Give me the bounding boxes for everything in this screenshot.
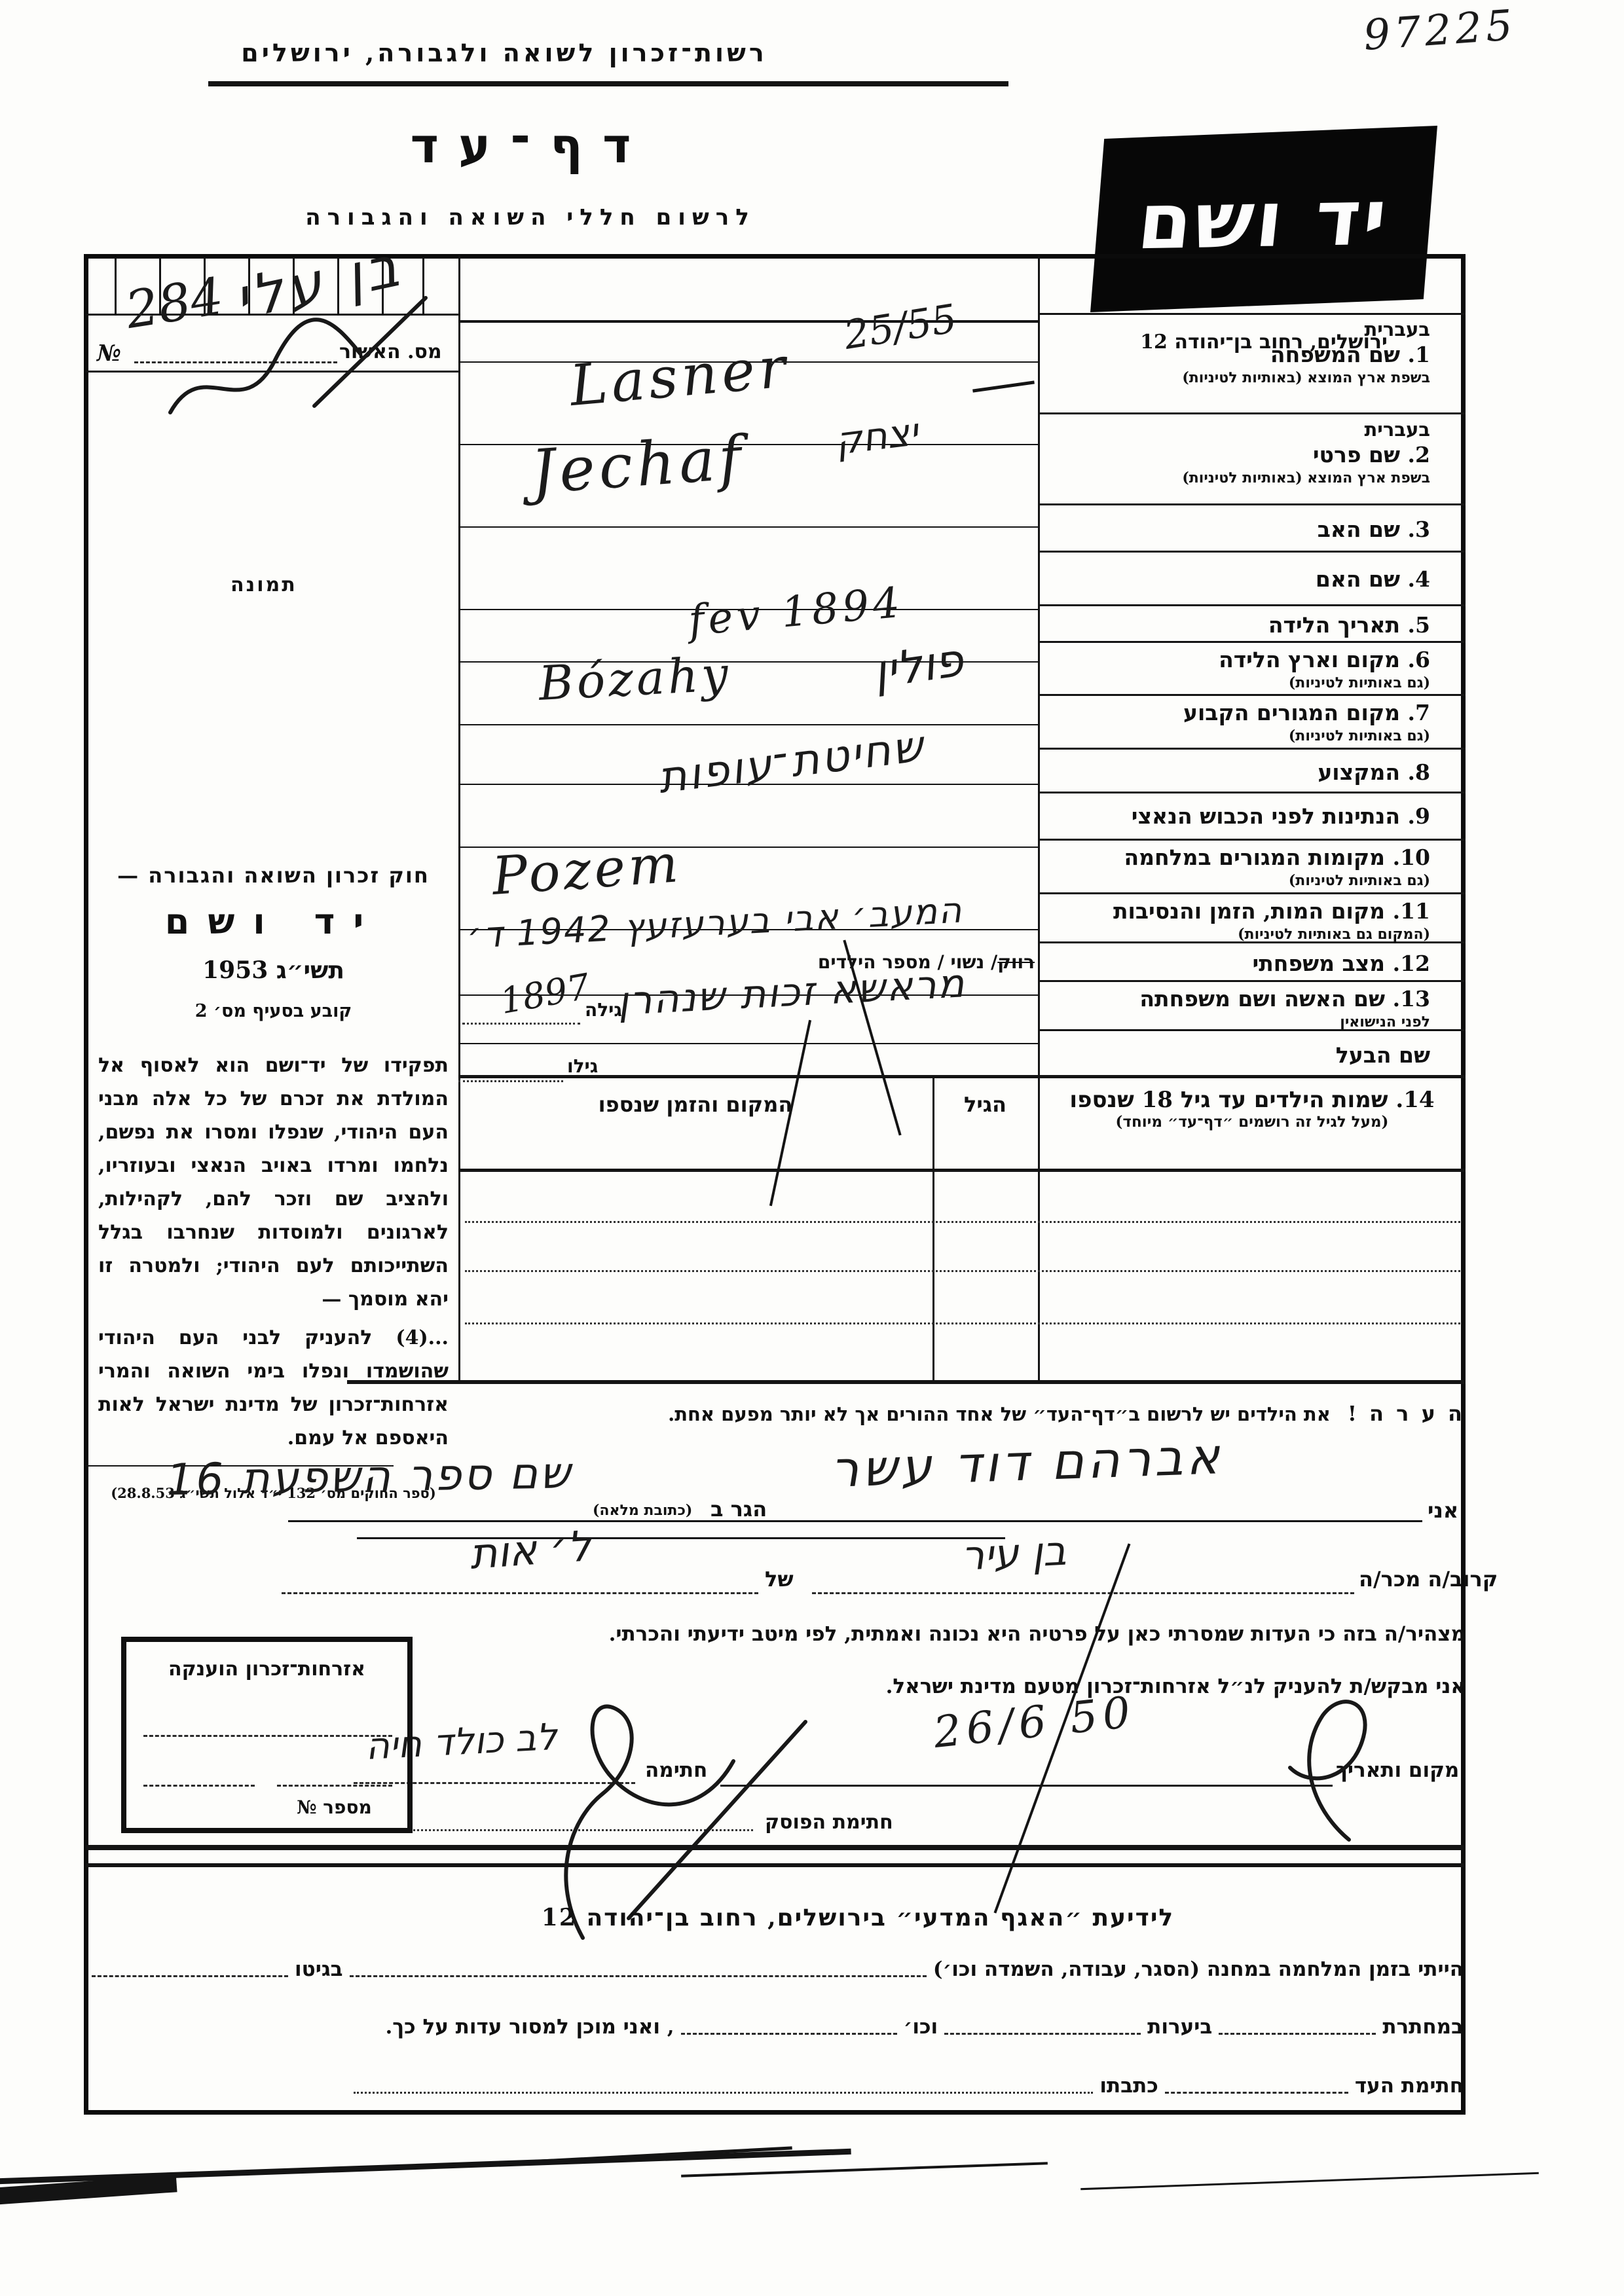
field-8-num: 8. [1408,759,1430,785]
approval-flourish [164,282,439,432]
table-row-line [465,1221,1460,1223]
field-row-husband: שם הבעל [1040,1031,1466,1075]
field-row-12: 12. מצב משפחתי [1040,943,1466,982]
decl-i-label: אני [1428,1498,1458,1523]
scanned-testimony-form: 97225 רשות־זכרון לשואה ולגבורה, ירושלים … [0,0,1624,2296]
table-vline-names [1038,1076,1040,1381]
ghetto-blank [92,1974,288,1977]
camps-row: הייתי בזמן המלחמה במחנה (הסגר, עבודה, הש… [92,1958,1464,1981]
relative-handwriting: בן עיר [960,1527,1067,1580]
decl-address-handwriting: שם ספר השפעת 16 [166,1448,573,1505]
law-year: תשי״ג 1953 [98,957,449,984]
logo-text: יד ושם [1134,172,1394,266]
stamp-line-2a [143,1785,255,1787]
law-heading: חוק זכרון השואה והגבורה — [98,863,449,888]
field-2-sub: בשפת ארץ המוצא (באותיות לטיניות) [1045,469,1430,487]
ghetto-label: בגיטו [295,1958,343,1981]
table-header-line [458,1169,1466,1172]
header-underline [208,81,1008,86]
decl-relative-label: קרוב/ה מכר/ה [1359,1567,1498,1592]
field-husband-label: שם הבעל [1336,1042,1430,1068]
his-age-label: גילו [567,1055,598,1077]
authority-line: רשות־זכרון לשואה ולגבורה, ירושלים [210,38,799,67]
field-row-10: 10. מקומות המגורים במלחמה (גם באותיות לט… [1040,841,1466,894]
field-13-sub: לפני הנישואין [1045,1013,1430,1031]
witness-address-label: כתבתו [1099,2074,1158,2098]
double-rule-2 [86,1863,1464,1867]
field-1-label: שם המשפחה [1270,342,1400,367]
field-11-num: 11. [1393,898,1430,924]
note-label: ה ע ר ה ! [1348,1401,1465,1426]
table-col-names-num: 14. [1395,1087,1434,1113]
field-3-num: 3. [1408,517,1430,542]
field-11-label: מקום המות, הזמן והנסיבות [1113,898,1385,924]
camps-blank [350,1974,927,1977]
decl-resides-sub: (כתובת מלאה) [593,1502,692,1519]
serial-handwritten: 97225 [1362,1,1518,60]
table-col-names-sub: (מעל לגיל זה רושמים ״דף־עד״ מיוחד) [1043,1113,1462,1131]
field-2-num: 2. [1408,442,1430,467]
field-row-7: 7. מקום המגורים הקבוע (גם באותיות לטיניו… [1040,696,1466,750]
scan-streak [1080,2172,1539,2190]
stamp-line-1 [143,1735,392,1737]
hw-birthplace: Bózahy [538,646,733,711]
witness-signature-label: חתימת העד [1355,2074,1464,2098]
field-5-num: 5. [1408,612,1430,638]
table-col-names-header: 14. שמות הילדים עד גיל 18 שנספו (מעל לגי… [1043,1087,1462,1131]
decl-of-line [282,1592,758,1594]
decl-name-line [288,1520,1422,1522]
field-13-num: 13. [1393,986,1430,1011]
field-11-sub: (המקום גם באותיות לטיניות) [1045,925,1430,943]
field-row-5: 5. תאריך הלידה [1040,606,1466,643]
field-13-label: שם האשה ושם משפחתה [1139,986,1385,1011]
marital-single: רווק [997,951,1035,973]
citizenship-stamp-box: אזרחות־זכרון הוענקה מספר № [121,1637,413,1833]
law-sidebar: חוק זכרון השואה והגבורה — יד ושם תשי״ג 1… [98,863,449,1501]
field-7-num: 7. [1408,700,1430,725]
field-2-pre: בעברית [1045,418,1430,441]
field-1-num: 1. [1408,342,1430,367]
law-paragraph-2: ‏...(4) להעניק לבני העם היהודי שהושמדו ו… [98,1321,449,1455]
law-paragraph-1: תפקידו של יד־ושם הוא לאסוף אל המולדת את … [98,1049,449,1316]
field-row-8: 8. המקצוע [1040,750,1466,793]
law-logo-text: יד ושם [98,901,449,942]
table-top-line [458,1075,1466,1078]
field-12-label: מצב משפחתי [1252,951,1385,976]
field-10-num: 10. [1393,845,1430,870]
photo-label: תמונה [231,574,297,596]
field-1-pre: בעברית [1045,318,1430,341]
note-text: את הילדים יש לרשום ב״דף־העד״ של אחד ההור… [668,1403,1331,1425]
of-handwriting: ל׳ אות [468,1522,593,1579]
field-row-9: 9. הנתינות לפני הכבוש הנאצי [1040,793,1466,841]
field-6-label: מקום וארץ הלידה [1219,647,1400,672]
decl-relative-line [812,1592,1354,1594]
table-vline-age [932,1075,934,1381]
field-row-2: בעברית 2. שם פרטי בשפת ארץ המוצא (באותיו… [1040,414,1466,505]
field-9-num: 9. [1408,803,1430,829]
field-row-13: 13. שם האשה ושם משפחתה לפני הנישואין [1040,982,1466,1031]
field-4-label: שם האם [1316,566,1400,592]
witness-signature-blank [1165,2090,1348,2094]
field-row-4: 4. שם האם [1040,553,1466,606]
page-subtitle: לרשום חללי השואה והגבורה [275,204,786,230]
field-4-num: 4. [1408,566,1430,592]
field-row-3: 3. שם האב [1040,505,1466,553]
info-line: לידיעת ״האגף המדעי״ בירושלים, רחוב בן־יה… [498,1904,1218,1931]
etc-label: וכו׳ [904,2015,938,2039]
entry-line [458,526,1038,528]
decl-resides-label: הגר ב [710,1497,767,1522]
field-10-sub: (גם באותיות לטיניות) [1045,871,1430,890]
table-row-line [465,1322,1460,1324]
forests-label: ביערות [1147,2015,1212,2039]
field-2-label: שם פרטי [1313,442,1400,467]
note-row: ה ע ר ה ! את הילדים יש לרשום ב״דף־העד״ ש… [488,1401,1465,1426]
bottom-right-scrawl [1270,1676,1401,1846]
field-8-label: המקצוע [1318,759,1400,785]
field-10-label: מקומות המגורים במלחמה [1124,845,1385,870]
left-column-divider [458,255,460,1381]
field-1-sub: בשפת ארץ המוצא (באותיות לטיניות) [1045,369,1430,387]
stamp-title: אזרחות־זכרון הוענקה [126,1658,407,1681]
decl-declare-text: מצהיר/ה בזה כי העדות שמסרתי כאן על פרטיה… [360,1622,1466,1646]
approval-number-symbol: № [97,340,121,367]
field-7-sub: (גם באותיות לטיניות) [1045,727,1430,745]
field-3-label: שם האב [1318,517,1400,542]
table-col-place-header: המקום והזמן שנספו [460,1092,931,1117]
double-rule-1 [86,1845,1464,1850]
field-6-num: 6. [1408,647,1430,672]
table-bottom-line [347,1380,1466,1384]
hw-given-name: Jechaf [529,422,748,507]
field-7-label: מקום המגורים הקבוע [1183,700,1400,725]
table-col-names-label: שמות הילדים עד גיל 18 שנספו [1069,1087,1388,1113]
forests-blank [944,2032,1141,2035]
law-clause: קובע בסעיף מס׳ 2 [98,1001,449,1021]
stamp-number-label: מספר № [297,1796,372,1818]
label-col-top-line [1038,313,1466,315]
field-6-sub: (גם באותיות לטיניות) [1045,674,1430,692]
table-row-line [465,1270,1460,1272]
testify-text: , ואני מוכן למסור עדות על כך. [385,2015,674,2039]
scan-streak [681,2162,1048,2178]
field-5-label: תאריך הלידה [1268,612,1400,638]
stamp-line-2b [277,1785,392,1787]
field-row-1: בעברית 1. שם המשפחה בשפת ארץ המוצא (באות… [1040,314,1466,414]
entry-line [458,724,1038,725]
underground-row: במחתרת ביערות וכו׳ , ואני מוכן למסור עדו… [92,2015,1464,2039]
underground-blank [1219,2032,1376,2035]
witness-address-blank [354,2090,1093,2094]
underground-label: במחתרת [1382,2015,1464,2039]
camps-label: הייתי בזמן המלחמה במחנה (הסגר, עבודה, הש… [933,1958,1464,1981]
etc-blank [681,2032,897,2035]
decl-of-label: של [765,1567,794,1592]
field-12-num: 12. [1393,951,1430,976]
witness-row: חתימת העד כתבתו [354,2074,1464,2098]
field-row-11: 11. מקום המות, הזמן והנסיבות (המקום גם ב… [1040,894,1466,943]
entry-line [458,1043,1038,1044]
page-title: דף־עד [393,118,668,174]
her-age-line [462,1023,580,1025]
his-age-line [458,1080,563,1082]
field-9-label: הנתינות לפני הכבוש הנאצי [1132,803,1400,829]
field-row-6: 6. מקום וארץ הלידה (גם באותיות לטיניות) [1040,643,1466,696]
strip-tick [115,257,117,314]
decl-name-line2 [357,1537,1005,1539]
table-col-age-header: הגיל [934,1092,1036,1117]
